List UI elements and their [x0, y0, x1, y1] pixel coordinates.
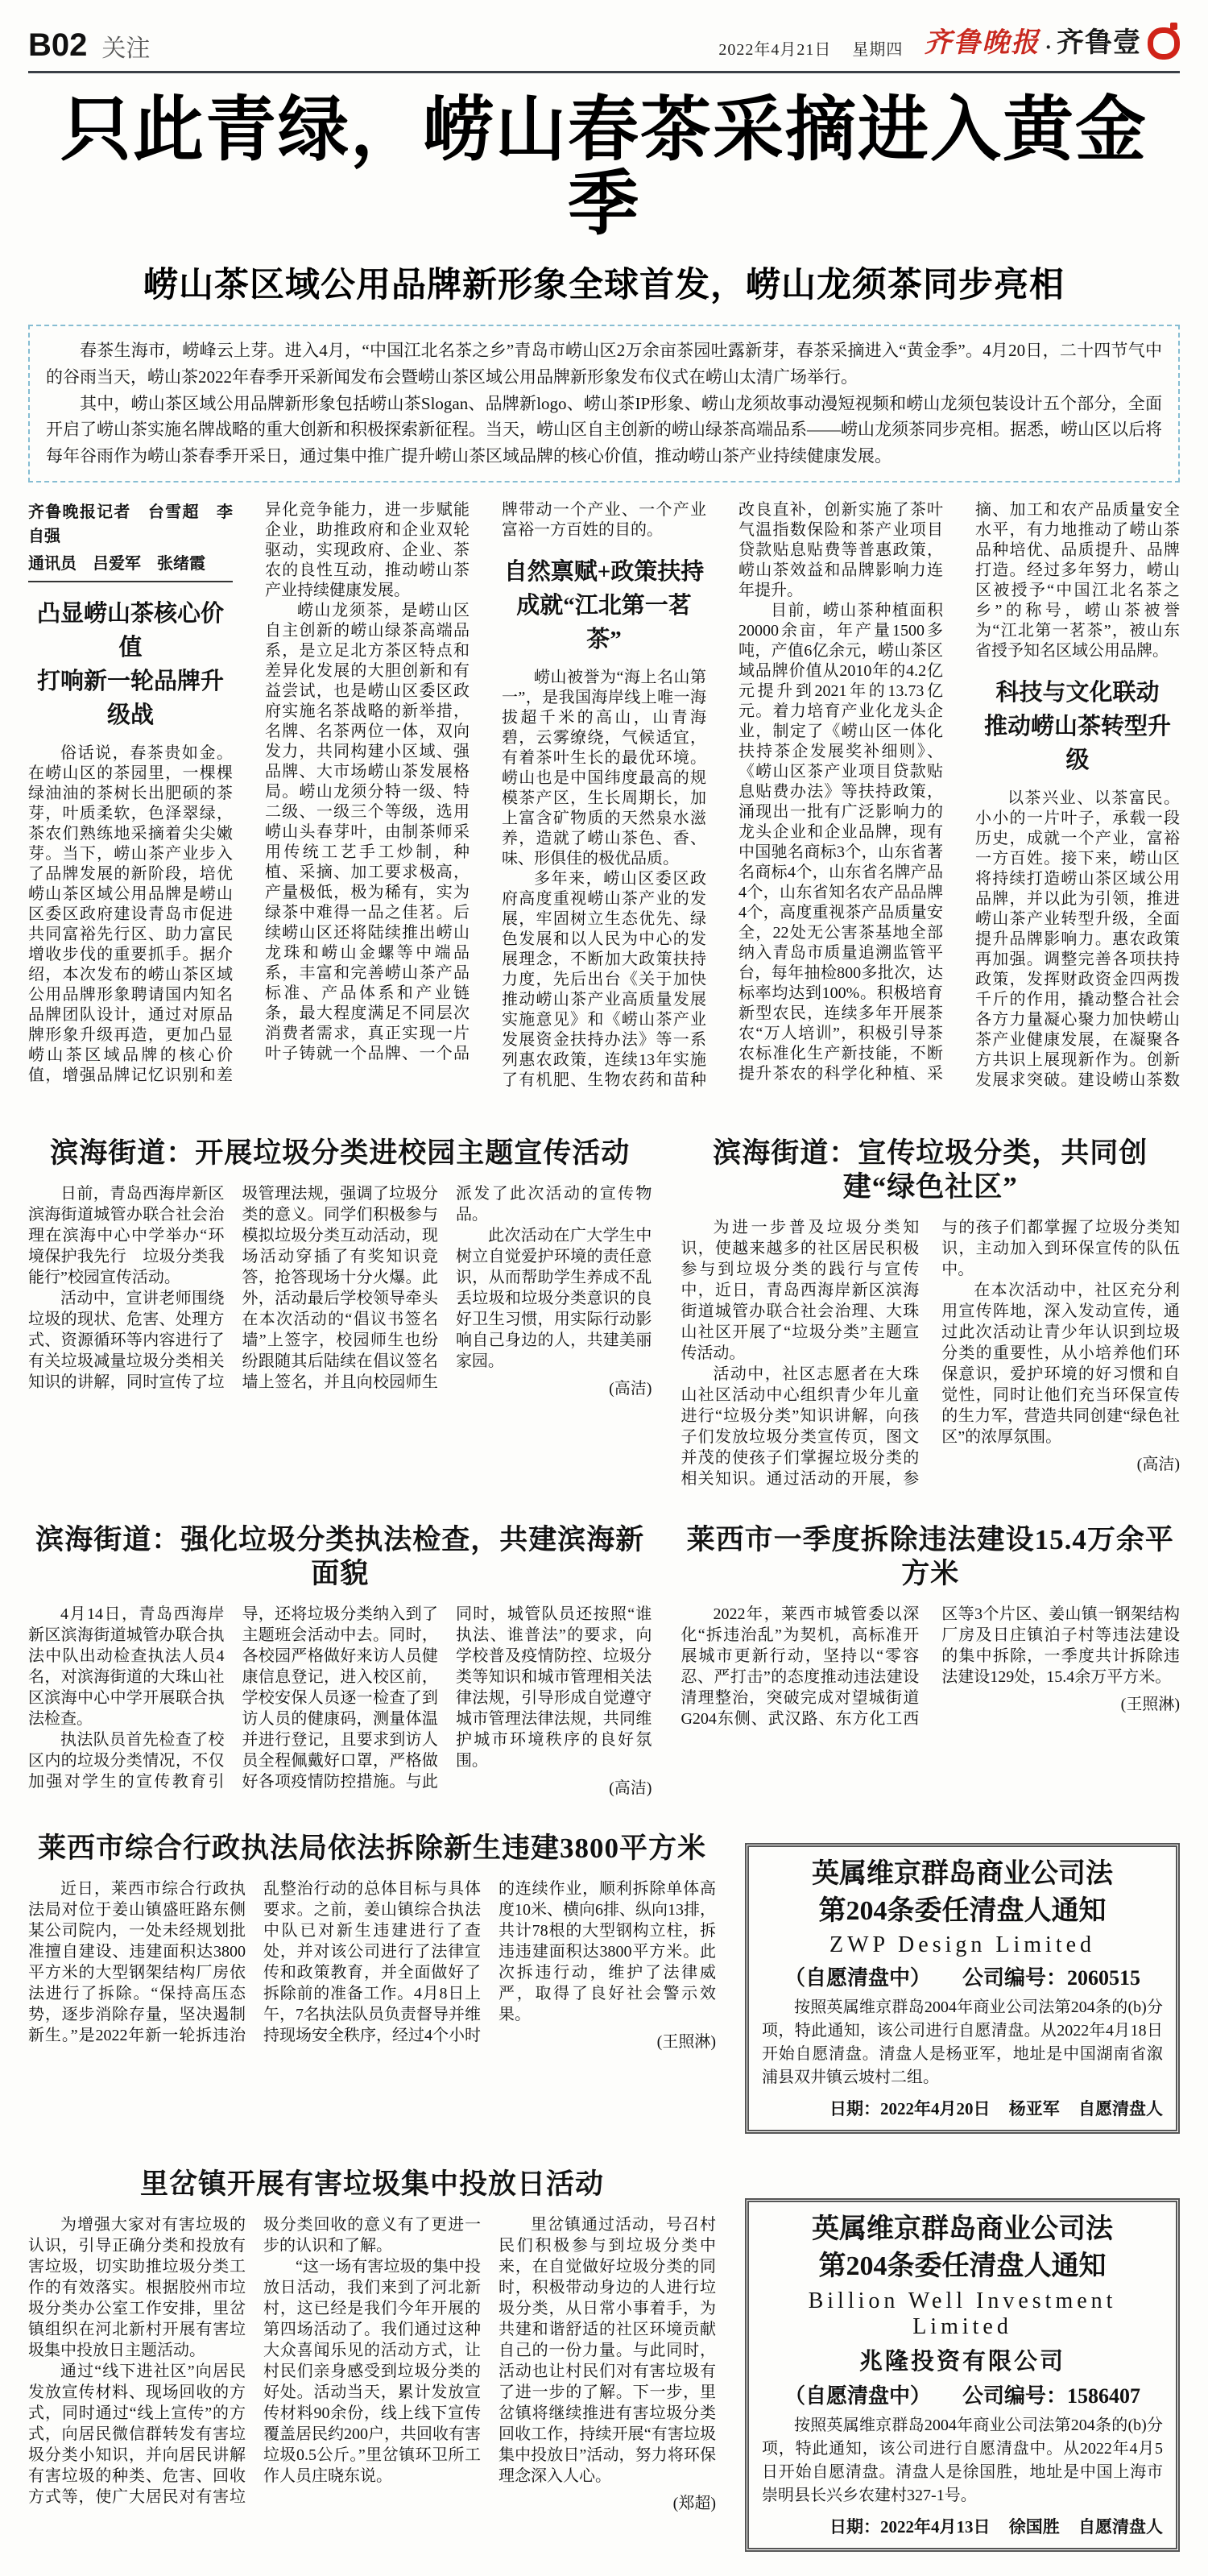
- subhead-line: 推动崂山茶转型升级: [975, 710, 1180, 777]
- byline-correspondents: 通讯员 吕爱军 张绪霞: [28, 552, 233, 576]
- subhead-line: 自然禀赋+政策扶持: [502, 555, 706, 589]
- notice-status-line: （自愿清盘中） 公司编号：1586407: [762, 2379, 1163, 2409]
- article-body: 为进一步普及垃圾分类知识，使越来越多的社区居民积极参与到垃圾分类的践行与宣传中，…: [681, 1217, 1180, 1489]
- article-paragraph: 为进一步普及垃圾分类知识，使越来越多的社区居民积极参与到垃圾分类的践行与宣传中，…: [681, 1217, 919, 1364]
- notice-role: 自愿清盘人: [1078, 2517, 1163, 2537]
- byline-rule: [28, 581, 233, 582]
- article-paragraph: 4月14日，青岛西海岸新区滨海街道城管办联合执法中队出动检查执法人员4名，对滨海…: [28, 1604, 224, 1729]
- article-title: 滨海街道：开展垃圾分类进校园主题宣传活动: [28, 1137, 652, 1170]
- feature-subhead-1: 凸显崂山茶核心价值 打响新一轮品牌升级战: [28, 597, 233, 732]
- notice-company-en: Billion Well Investment Limited: [762, 2288, 1163, 2340]
- article-binhai-school: 滨海街道：开展垃圾分类进校园主题宣传活动 日前，青岛西海岸新区滨海街道城管办联合…: [28, 1130, 652, 1489]
- article-body: 4月14日，青岛西海岸新区滨海街道城管办联合执法中队出动检查执法人员4名，对滨海…: [28, 1604, 652, 1798]
- briefs-row-3: 莱西市综合行政执法局依法拆除新生违建3800平方米 近日，莱西市综合行政执法局对…: [28, 1825, 1180, 2134]
- article-signature: (高洁): [456, 1775, 652, 1798]
- notice-liquidator: 杨亚军: [1009, 2099, 1060, 2118]
- edition-number: B02: [28, 29, 87, 61]
- notice-title-line2: 第204条委任清盘人通知: [762, 1894, 1163, 1929]
- liquidation-notice-zwp: 英属维京群岛商业公司法 第204条委任清盘人通知 ZWP Design Limi…: [745, 1843, 1180, 2134]
- article-title: 滨海街道：宣传垃圾分类，共同创建“绿色社区”: [681, 1137, 1180, 1204]
- article-signature: (高洁): [456, 1375, 652, 1398]
- subhead-line: 成就“江北第一茗茶”: [502, 589, 706, 656]
- notice-date: 日期：2022年4月13日: [829, 2517, 991, 2537]
- article-paragraph: 在本次活动中，社区充分利用宣传阵地，深入发动宣传，通过此次活动让青少年认识到垃圾…: [941, 1280, 1180, 1447]
- notice-title-line1: 英属维京群岛商业公司法: [762, 1857, 1163, 1892]
- notice-wrapper-1: 英属维京群岛商业公司法 第204条委任清盘人通知 ZWP Design Limi…: [745, 1843, 1180, 2134]
- publication-weekday: 星期四: [852, 36, 903, 60]
- notice-body: 按照英属维京群岛2004年商业公司法第204条的(b)分项，特此通知，该公司进行…: [762, 2414, 1163, 2508]
- feature-subhead-2: 自然禀赋+政策扶持 成就“江北第一茗茶”: [502, 555, 706, 656]
- article-paragraph: 此次活动在广大学生中树立自觉爱护环境的责任意识，从而帮助学生养成不乱丢垃圾和垃圾…: [456, 1225, 652, 1372]
- notice-dateline: 日期：2022年4月20日 杨亚军 自愿清盘人: [762, 2096, 1163, 2120]
- masthead-qilu-yidian: 齐鲁壹: [1057, 20, 1141, 60]
- notice-role: 自愿清盘人: [1078, 2099, 1163, 2118]
- article-title: 莱西市一季度拆除违法建设15.4万余平方米: [681, 1523, 1180, 1591]
- article-paragraph: 近日，莱西市综合行政执法局对位于姜山镇盛旺路东侧某公司院内，一处未经规划批准擅自…: [28, 1878, 716, 2052]
- article-body: 2022年，莱西市城管委以深化“拆违治乱”为契机，高标准开展城市更新行动，坚持以…: [681, 1604, 1180, 1729]
- notice-liquidator: 徐国胜: [1009, 2517, 1060, 2537]
- article-title: 莱西市综合行政执法局依法拆除新生违建3800平方米: [28, 1832, 716, 1866]
- feature-headline: 只此青绿，崂山春茶采摘进入黄金季: [28, 94, 1180, 242]
- header-rule: [28, 71, 1180, 73]
- article-title: 滨海街道：强化垃圾分类执法检查，共建滨海新面貌: [28, 1523, 652, 1591]
- feature-body-columns: 齐鲁晚报记者 台雪超 李自强 通讯员 吕爱军 张绪霞 凸显崂山茶核心价值 打响新…: [28, 500, 1180, 1103]
- notice-title-line1: 英属维京群岛商业公司法: [762, 2212, 1163, 2247]
- article-paragraph: 日前，青岛西海岸新区滨海街道城管办联合社会治理在滨海中心中学举办“环境保护我先行…: [28, 1183, 224, 1288]
- feature-paragraph: 崂山被誉为“海上名山第一”，是我国海岸线上唯一海拔超千米的高山，山青海碧，云雾缭…: [502, 668, 706, 869]
- notice-date: 日期：2022年4月20日: [829, 2099, 991, 2118]
- section-name: 关注: [101, 36, 150, 62]
- article-licha: 里岔镇开展有害垃圾集中投放日活动 为增强大家对有害垃圾的认识，引导正确分类和投放…: [28, 2161, 716, 2551]
- article-binhai-green: 滨海街道：宣传垃圾分类，共同创建“绿色社区” 为进一步普及垃圾分类知识，使越来越…: [681, 1130, 1180, 1489]
- byline-reporters: 齐鲁晚报记者 台雪超 李自强: [28, 500, 233, 549]
- notice-status: （自愿清盘中）: [784, 1966, 931, 1990]
- feature-subhead-3: 科技与文化联动 推动崂山茶转型升级: [975, 676, 1180, 777]
- article-body: 为增强大家对有害垃圾的认识，引导正确分类和投放有害垃圾，切实助推垃圾分类工作的有…: [28, 2214, 716, 2513]
- article-signature: (郑超): [499, 2490, 716, 2513]
- notice-status: （自愿清盘中）: [784, 2384, 931, 2408]
- briefs-row-1: 滨海街道：开展垃圾分类进校园主题宣传活动 日前，青岛西海岸新区滨海街道城管办联合…: [28, 1130, 1180, 1489]
- article-title: 里岔镇开展有害垃圾集中投放日活动: [28, 2168, 716, 2201]
- article-laixi-q1: 莱西市一季度拆除违法建设15.4万余平方米 2022年，莱西市城管委以深化“拆违…: [681, 1517, 1180, 1798]
- notice-company-en: ZWP Design Limited: [762, 1932, 1163, 1958]
- masthead-qilu-wanbao: 齐鲁晚报: [924, 20, 1040, 60]
- newspaper-page: B02 关注 2022年4月21日 星期四 齐鲁晚报 · 齐鲁壹 只此青绿，崂山…: [0, 0, 1208, 2576]
- subhead-line: 科技与文化联动: [975, 676, 1180, 710]
- qilu-yidian-dot-icon: [1148, 27, 1180, 60]
- article-binhai-law: 滨海街道：强化垃圾分类执法检查，共建滨海新面貌 4月14日，青岛西海岸新区滨海街…: [28, 1517, 652, 1798]
- subhead-line: 凸显崂山茶核心价值: [28, 597, 233, 665]
- article-laixi-demolish: 莱西市综合行政执法局依法拆除新生违建3800平方米 近日，莱西市综合行政执法局对…: [28, 1825, 716, 2134]
- masthead: 齐鲁晚报 · 齐鲁壹: [924, 20, 1180, 60]
- article-signature: (王照淋): [941, 1691, 1180, 1714]
- notice-title-line2: 第204条委任清盘人通知: [762, 2249, 1163, 2284]
- notice-dateline: 日期：2022年4月13日 徐国胜 自愿清盘人: [762, 2514, 1163, 2538]
- notice-company-cn: 兆隆投资有限公司: [762, 2343, 1163, 2376]
- notice-wrapper-2: 英属维京群岛商业公司法 第204条委任清盘人通知 Billion Well In…: [745, 2198, 1180, 2551]
- notice-status-line: （自愿清盘中） 公司编号：2060515: [762, 1961, 1163, 1991]
- article-paragraph: 为增强大家对有害垃圾的认识，引导正确分类和投放有害垃圾，切实助推垃圾分类工作的有…: [28, 2214, 246, 2361]
- article-body: 日前，青岛西海岸新区滨海街道城管办联合社会治理在滨海中心中学举办“环境保护我先行…: [28, 1183, 652, 1398]
- lede-paragraph: 其中，崂山茶区域公用品牌新形象包括崂山茶Slogan、品牌新logo、崂山茶IP…: [46, 391, 1162, 470]
- subhead-line: 打响新一轮品牌升级战: [28, 665, 233, 732]
- briefs-row-4: 里岔镇开展有害垃圾集中投放日活动 为增强大家对有害垃圾的认识，引导正确分类和投放…: [28, 2161, 1180, 2551]
- notice-body: 按照英属维京群岛2004年商业公司法第204条的(b)分项，特此通知，该公司进行…: [762, 1996, 1163, 2089]
- briefs-row-2: 滨海街道：强化垃圾分类执法检查，共建滨海新面貌 4月14日，青岛西海岸新区滨海街…: [28, 1517, 1180, 1798]
- masthead-separator: ·: [1045, 35, 1052, 60]
- notice-reg-no: 公司编号：1586407: [962, 2384, 1140, 2408]
- article-signature: (王照淋): [499, 2028, 716, 2052]
- article-paragraph: “这一场有害垃圾的集中投放日活动，我们来到了河北新村，这已经是我们今年开展的第四…: [263, 2256, 481, 2487]
- lede-paragraph: 春茶生海市，崂峰云上芽。进入4月，“中国江北名茶之乡”青岛市崂山区2万余亩茶园吐…: [46, 338, 1162, 391]
- article-body: 近日，莱西市综合行政执法局对位于姜山镇盛旺路东侧某公司院内，一处未经规划批准擅自…: [28, 1878, 716, 2052]
- page-header: B02 关注 2022年4月21日 星期四 齐鲁晚报 · 齐鲁壹: [28, 23, 1180, 61]
- feature-deck: 崂山茶区域公用品牌新形象全球首发，崂山龙须茶同步亮相: [28, 258, 1180, 307]
- article-paragraph: 里岔镇通过活动，号召村民们积极参与到垃圾分类中来，在自觉做好垃圾分类的同时，积极…: [499, 2214, 716, 2487]
- notice-reg-no: 公司编号：2060515: [962, 1966, 1140, 1990]
- publication-date: 2022年4月21日: [718, 36, 831, 60]
- article-signature: (高洁): [941, 1451, 1180, 1474]
- feature-lede-box: 春茶生海市，崂峰云上芽。进入4月，“中国江北名茶之乡”青岛市崂山区2万余亩茶园吐…: [28, 325, 1180, 482]
- liquidation-notice-billion-well: 英属维京群岛商业公司法 第204条委任清盘人通知 Billion Well In…: [745, 2198, 1180, 2551]
